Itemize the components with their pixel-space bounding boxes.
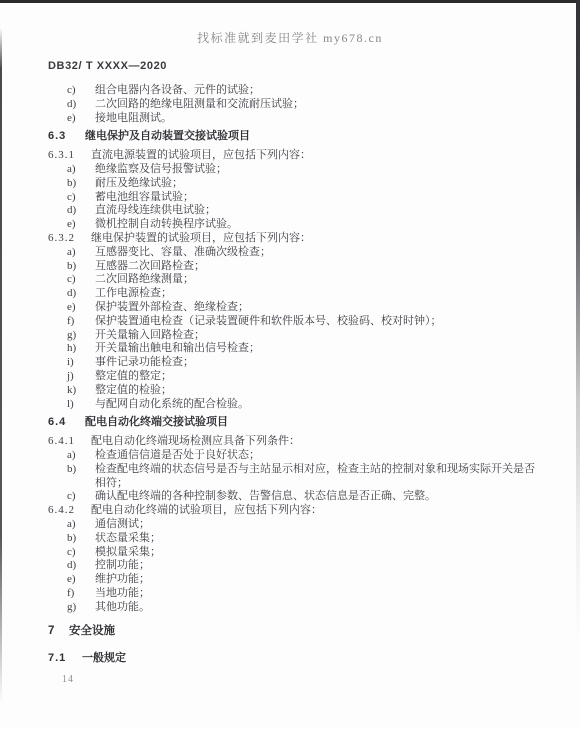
list-item: j)整定值的整定； [48, 370, 542, 384]
line-text: 模拟量采集； [95, 546, 542, 560]
list-item: g)其他功能。 [48, 601, 542, 615]
line-text: 二次回路的绝缘电阻测量和交流耐压试验； [95, 98, 542, 112]
line-text: 安全设施 [69, 625, 542, 639]
line-text: 当地功能； [95, 587, 542, 601]
watermark-text: 找标准就到麦田学社 my678.cn [0, 29, 580, 46]
list-item: d)直流母线连续供电试验； [48, 204, 542, 218]
line-label: a) [67, 163, 95, 177]
section-heading: 6.3继电保护及自动装置交接试验项目 [48, 130, 542, 144]
document-page: 找标准就到麦田学社 my678.cn DB32/ T XXXX—2020 c)组… [0, 0, 580, 729]
line-label: 6.4.1 [48, 435, 91, 449]
line-text: 配电自动化终端现场检测应具备下列条件： [91, 435, 542, 449]
subsection-heading: 7.1一般规定 [48, 652, 542, 666]
line-text: 配电自动化终端交接试验项目 [85, 416, 542, 430]
line-text: 工作电源检查； [95, 287, 542, 301]
list-item: b)耐压及绝缘试验； [48, 177, 542, 191]
line-text: 开关量输入回路检查； [95, 329, 542, 343]
list-item: f)保护装置通电检查（记录装置硬件和软件版本号、校验码、校对时钟）； [48, 315, 542, 329]
line-text: 继电保护装置的试验项目，应包括下列内容： [91, 232, 542, 246]
line-label: d) [67, 98, 95, 112]
list-item: a)绝缘监察及信号报警试验； [48, 163, 542, 177]
line-text: 直流母线连续供电试验； [95, 204, 542, 218]
line-text: 保护装置通电检查（记录装置硬件和软件版本号、校验码、校对时钟）； [95, 315, 542, 329]
line-label: a) [67, 518, 95, 532]
line-text: 整定值的检验； [95, 384, 542, 398]
line-label: c) [67, 191, 95, 205]
list-item: b)检查配电终端的状态信号是否与主站显示相对应，检查主站的控制对象和现场实际开关… [48, 463, 542, 491]
list-item: e)微机控制自动转换程序试验。 [48, 218, 542, 232]
line-label: g) [67, 601, 95, 615]
line-text: 控制功能； [95, 559, 542, 573]
line-label: b) [67, 177, 95, 191]
list-item: l)与配网自动化系统的配合检验。 [48, 398, 542, 412]
scan-artifact-right-edge [576, 0, 580, 729]
scan-artifact-top-edge [0, 0, 580, 3]
line-label: d) [67, 287, 95, 301]
clause-line: 6.3.2继电保护装置的试验项目，应包括下列内容： [48, 232, 542, 246]
chapter-heading: 7安全设施 [48, 625, 542, 639]
line-text: 整定值的整定； [95, 370, 542, 384]
list-item: b)状态量采集； [48, 532, 542, 546]
line-label: f) [67, 587, 95, 601]
list-item: i)事件记录功能检查； [48, 356, 542, 370]
line-text: 接地电阻测试。 [95, 112, 542, 126]
line-text: 事件记录功能检查； [95, 356, 542, 370]
list-item: c)蓄电池组容量试验； [48, 191, 542, 205]
list-item: f)当地功能； [48, 587, 542, 601]
standard-number-header: DB32/ T XXXX—2020 [48, 60, 167, 72]
list-item: a)互感器变比、容量、准确次级检查； [48, 246, 542, 260]
line-text: 检查配电终端的状态信号是否与主站显示相对应，检查主站的控制对象和现场实际开关是否… [95, 463, 542, 491]
list-item: h)开关量输出触电和输出信号检查； [48, 342, 542, 356]
line-label: 6.3.1 [48, 149, 91, 163]
line-text: 状态量采集； [95, 532, 542, 546]
line-label: 7.1 [48, 652, 82, 666]
line-label: d) [67, 559, 95, 573]
line-text: 开关量输出触电和输出信号检查； [95, 342, 542, 356]
line-label: d) [67, 204, 95, 218]
line-text: 检查通信信道是否处于良好状态； [95, 449, 542, 463]
clause-line: 6.3.1直流电源装置的试验项目，应包括下列内容： [48, 149, 542, 163]
line-label: 7 [48, 625, 69, 639]
line-label: b) [67, 260, 95, 274]
section-heading: 6.4配电自动化终端交接试验项目 [48, 416, 542, 430]
line-label: e) [67, 573, 95, 587]
line-text: 维护功能； [95, 573, 542, 587]
line-label: f) [67, 315, 95, 329]
line-text: 耐压及绝缘试验； [95, 177, 542, 191]
line-label: b) [67, 463, 95, 477]
clause-line: 6.4.2配电自动化终端的试验项目，应包括下列内容： [48, 504, 542, 518]
line-label: b) [67, 532, 95, 546]
page-number: 14 [62, 674, 74, 685]
line-label: i) [67, 356, 95, 370]
line-label: a) [67, 449, 95, 463]
list-item: g)开关量输入回路检查； [48, 329, 542, 343]
list-item: e)保护装置外部检查、绝缘检查； [48, 301, 542, 315]
line-text: 保护装置外部检查、绝缘检查； [95, 301, 542, 315]
line-text: 互感器变比、容量、准确次级检查； [95, 246, 542, 260]
line-label: g) [67, 329, 95, 343]
line-label: 6.3 [48, 130, 85, 144]
list-item: c)二次回路绝缘测量； [48, 273, 542, 287]
line-text: 与配网自动化系统的配合检验。 [95, 398, 542, 412]
line-text: 一般规定 [82, 652, 542, 666]
line-text: 其他功能。 [95, 601, 542, 615]
line-label: e) [67, 112, 95, 126]
list-item: d)工作电源检查； [48, 287, 542, 301]
list-item: c)确认配电终端的各种控制参数、告警信息、状态信息是否正确、完整。 [48, 490, 542, 504]
list-item: e)维护功能； [48, 573, 542, 587]
list-item: d)控制功能； [48, 559, 542, 573]
list-item: k)整定值的检验； [48, 384, 542, 398]
list-item: a)通信测试； [48, 518, 542, 532]
scan-artifact-left-edge [0, 28, 2, 704]
line-text: 配电自动化终端的试验项目，应包括下列内容： [91, 504, 542, 518]
line-label: c) [67, 273, 95, 287]
line-label: 6.4 [48, 416, 85, 430]
line-label: c) [67, 490, 95, 504]
line-text: 确认配电终端的各种控制参数、告警信息、状态信息是否正确、完整。 [95, 490, 542, 504]
line-label: e) [67, 301, 95, 315]
list-item: c)组合电器内各设备、元件的试验； [48, 84, 542, 98]
list-item: b)互感器二次回路检查； [48, 260, 542, 274]
line-text: 组合电器内各设备、元件的试验； [95, 84, 542, 98]
line-text: 绝缘监察及信号报警试验； [95, 163, 542, 177]
line-label: c) [67, 546, 95, 560]
line-label: l) [67, 398, 95, 412]
line-text: 直流电源装置的试验项目，应包括下列内容： [91, 149, 542, 163]
line-text: 继电保护及自动装置交接试验项目 [85, 130, 542, 144]
line-label: k) [67, 384, 95, 398]
line-label: e) [67, 218, 95, 232]
line-label: h) [67, 342, 95, 356]
document-body: c)组合电器内各设备、元件的试验；d)二次回路的绝缘电阻测量和交流耐压试验；e)… [48, 84, 542, 666]
line-label: 6.4.2 [48, 504, 91, 518]
clause-line: 6.4.1配电自动化终端现场检测应具备下列条件： [48, 435, 542, 449]
line-text: 蓄电池组容量试验； [95, 191, 542, 205]
list-item: e)接地电阻测试。 [48, 112, 542, 126]
list-item: c)模拟量采集； [48, 546, 542, 560]
line-text: 互感器二次回路检查； [95, 260, 542, 274]
list-item: d)二次回路的绝缘电阻测量和交流耐压试验； [48, 98, 542, 112]
line-text: 通信测试； [95, 518, 542, 532]
line-text: 微机控制自动转换程序试验。 [95, 218, 542, 232]
line-text: 二次回路绝缘测量； [95, 273, 542, 287]
list-item: a)检查通信信道是否处于良好状态； [48, 449, 542, 463]
line-label: j) [67, 370, 95, 384]
line-label: c) [67, 84, 95, 98]
line-label: 6.3.2 [48, 232, 91, 246]
line-label: a) [67, 246, 95, 260]
